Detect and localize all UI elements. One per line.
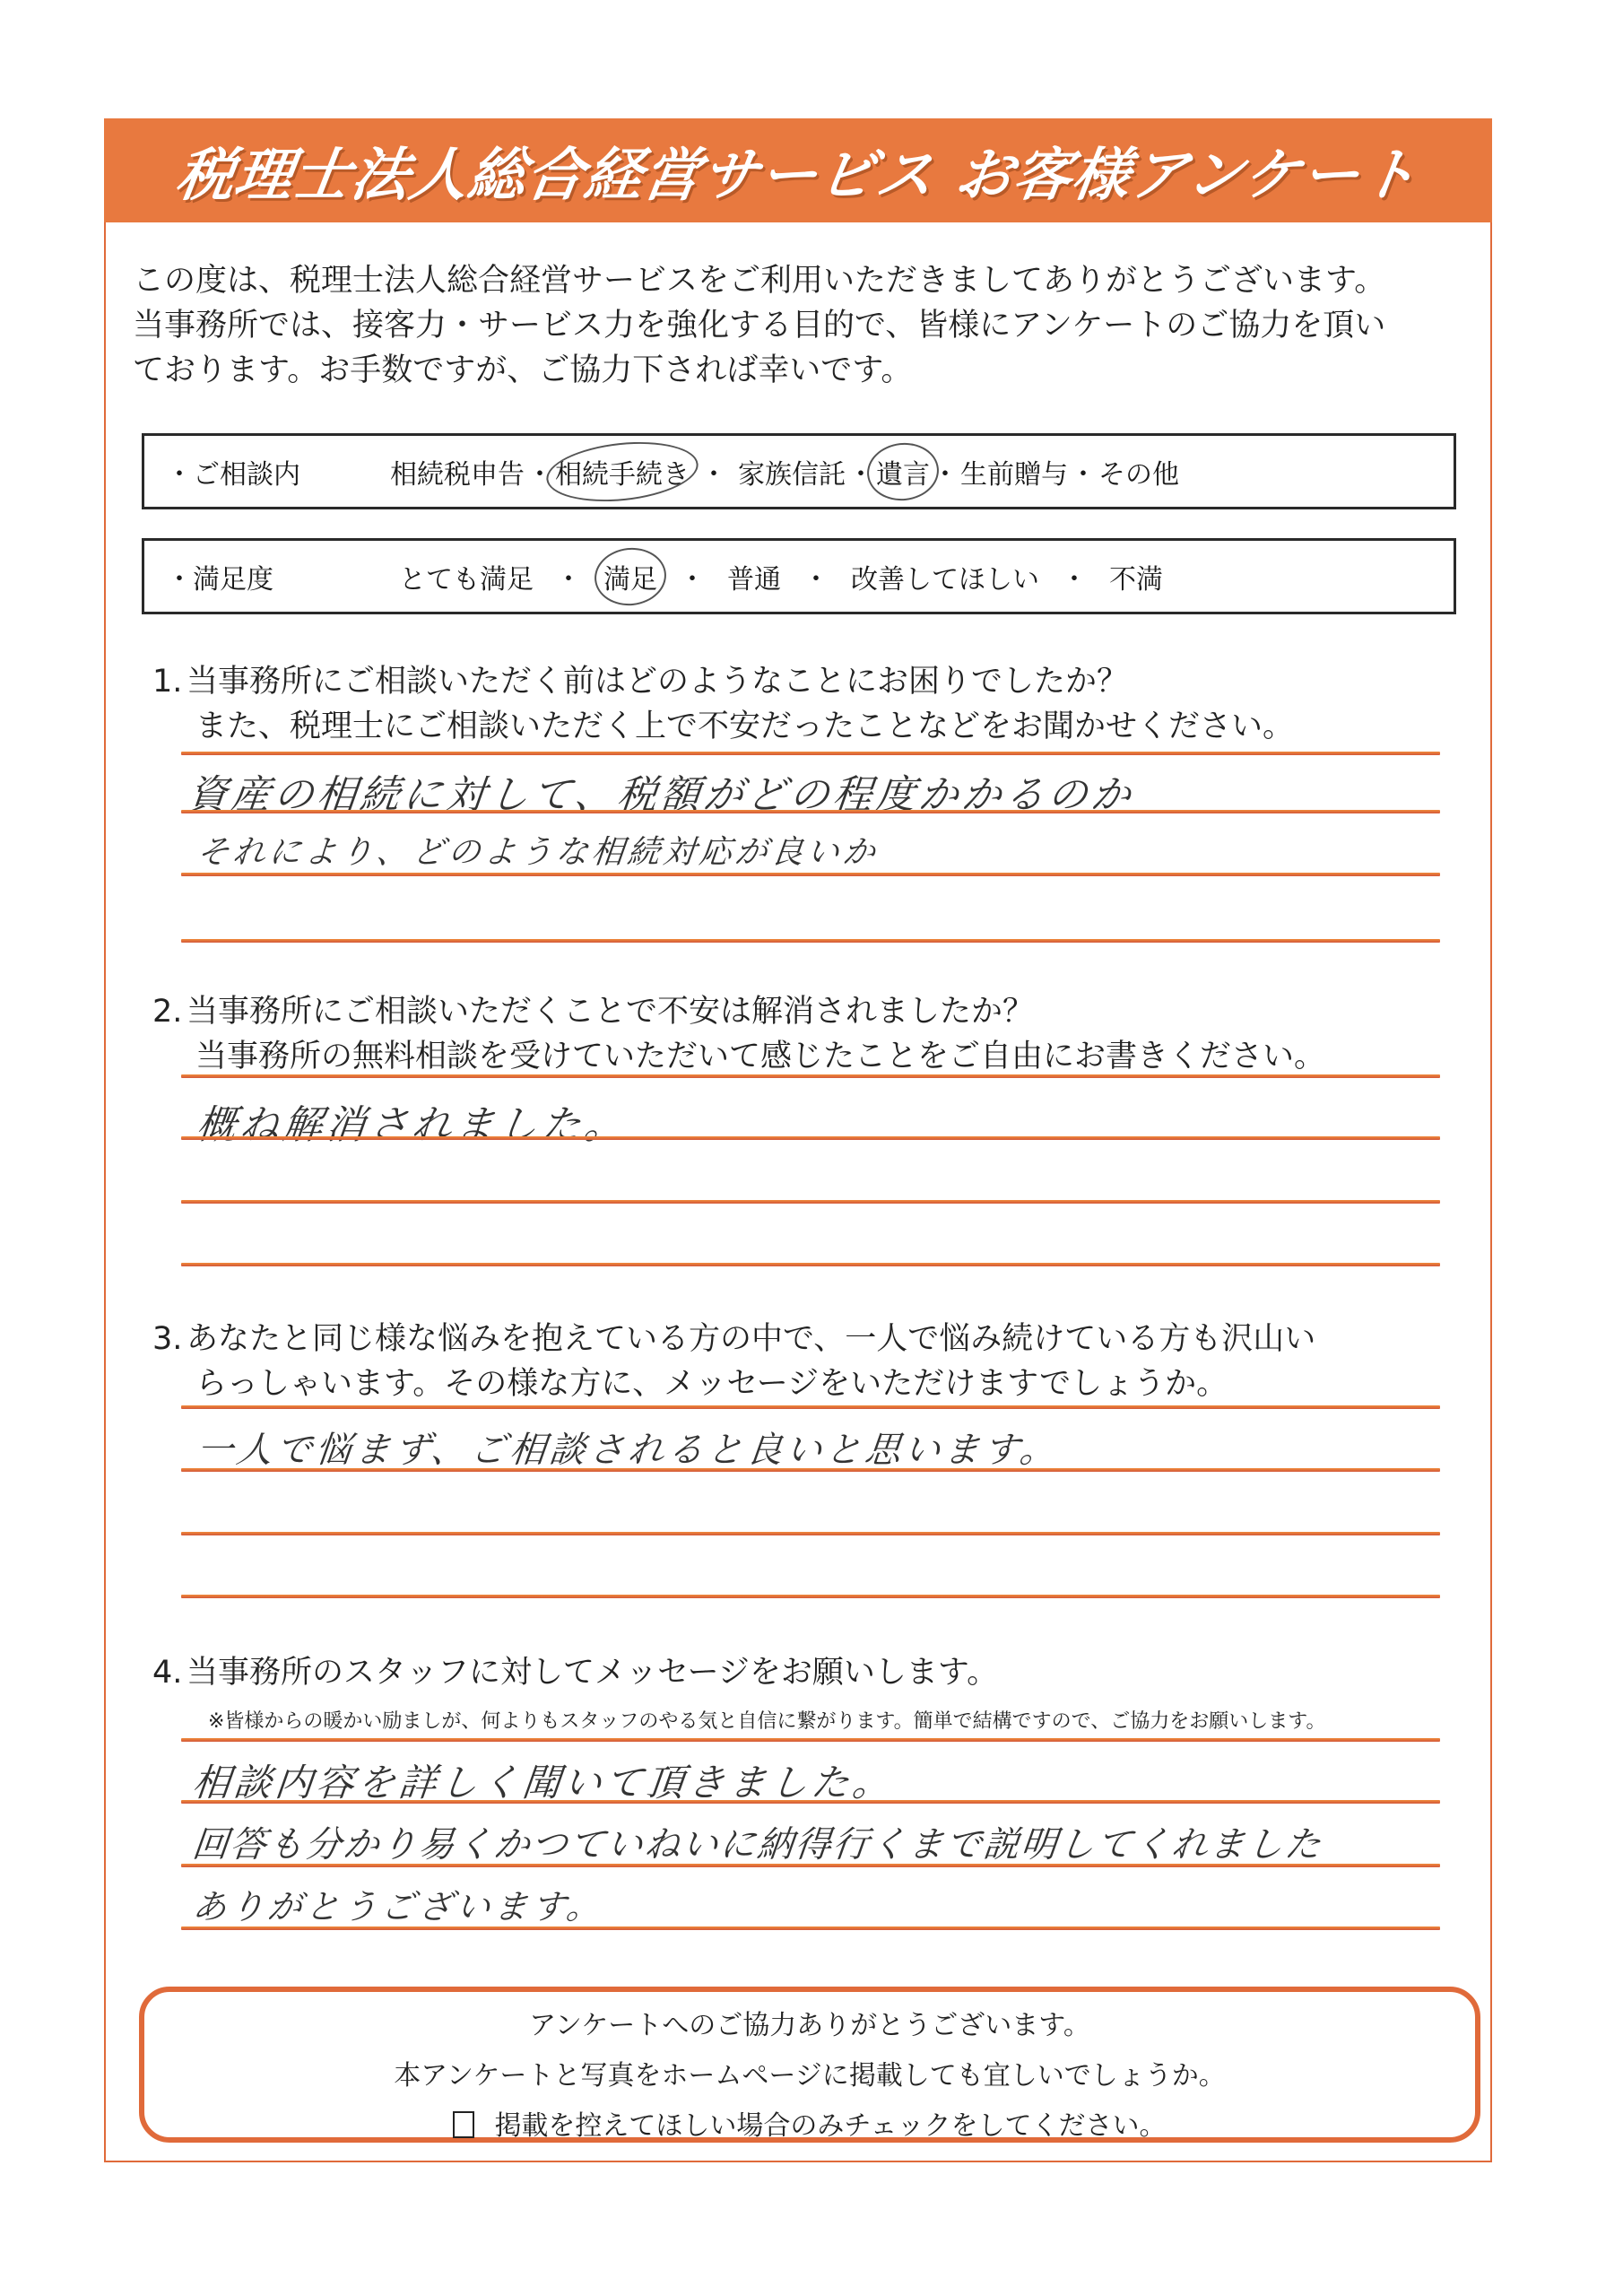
satisfaction-box: ・満足度 とても満足 ・ 満足 ・ 普通 ・ 改善してほしい ・ 不満	[142, 538, 1456, 614]
answer-line	[181, 752, 1440, 755]
option-very-satisfied[interactable]: とても満足	[397, 557, 535, 596]
answer-line	[181, 1595, 1440, 1598]
intro-line: 当事務所では、接客力・サービス力を強化する目的で、皆様にアンケートのご協力を頂い	[133, 303, 1478, 348]
question-text-line2: らっしゃいます。その様な方に、メッセージをいただけますでしょうか。	[152, 1361, 1315, 1406]
answer-line	[181, 1468, 1440, 1472]
answer-line	[181, 1532, 1440, 1535]
question-4: 4.当事務所のスタッフに対してメッセージをお願いします。	[152, 1650, 998, 1695]
option-dissatisfied[interactable]: 不満	[1107, 557, 1165, 596]
question-number: 1.	[152, 659, 187, 704]
satisfaction-options: とても満足 ・ 満足 ・ 普通 ・ 改善してほしい ・ 不満	[397, 557, 1165, 596]
option-satisfied[interactable]: 満足	[602, 557, 659, 596]
opt-out-label: 掲載を控えてほしい場合のみチェックをしてください。	[494, 2110, 1166, 2142]
opt-out-checkbox[interactable]	[453, 2111, 474, 2138]
option-family-trust[interactable]: 家族信託	[736, 452, 847, 491]
answer-text-1-2[interactable]: それにより、どのような相続対応が良いか	[195, 827, 881, 873]
answer-line	[181, 939, 1440, 943]
survey-title: 税理士法人総合経営サービス お客様アンケート	[171, 129, 1424, 212]
answer-text-4-2[interactable]: 回答も分かり易くかつていねいに納得行くまで説明してくれました	[190, 1816, 1325, 1867]
question-number: 2.	[152, 989, 187, 1034]
option-other[interactable]: その他	[1097, 452, 1181, 491]
answer-text-3-1[interactable]: 一人で悩まず、ご相談されると良いと思います。	[195, 1422, 1063, 1473]
question-number: 4.	[152, 1650, 187, 1695]
answer-text-4-1[interactable]: 相談内容を詳しく聞いて頂きました。	[190, 1753, 897, 1807]
answer-line	[181, 810, 1440, 813]
consent-question: 本アンケートと写真をホームページに掲載しても宜しいでしょうか。	[144, 2051, 1475, 2101]
thanks-message: アンケートへのご協力ありがとうございます。	[144, 2001, 1475, 2051]
option-neutral[interactable]: 普通	[725, 557, 783, 596]
answer-line	[181, 1926, 1440, 1930]
question-3: 3.あなたと同じ様な悩みを抱えている方の中で、一人で悩み続けている方も沢山い ら…	[152, 1317, 1315, 1406]
answer-line	[181, 1405, 1440, 1409]
consent-box: アンケートへのご協力ありがとうございます。 本アンケートと写真をホームページに掲…	[139, 1987, 1480, 2143]
answer-line	[181, 1800, 1440, 1804]
separator: ・	[535, 557, 602, 596]
question-text: あなたと同じ様な悩みを抱えている方の中で、一人で悩み続けている方も沢山い	[187, 1321, 1315, 1357]
question-text-line2: また、税理士にご相談いただく上で不安だったことなどをお聞かせください。	[152, 704, 1294, 749]
answer-line	[181, 1864, 1440, 1867]
intro-line: ております。お手数ですが、ご協力下されば幸いです。	[133, 348, 1478, 393]
answer-text-2-1[interactable]: 概ね解消されました。	[195, 1092, 631, 1150]
answer-line	[181, 1738, 1440, 1742]
separator: ・	[1070, 452, 1097, 491]
answer-line	[181, 1136, 1440, 1140]
question-text-line2: 当事務所の無料相談を受けていただいて感じたことをご自由にお書きください。	[152, 1034, 1325, 1079]
header-banner: 税理士法人総合経営サービス お客様アンケート	[104, 118, 1492, 222]
option-lifetime-gift[interactable]: 生前贈与	[959, 452, 1070, 491]
question-number: 3.	[152, 1317, 187, 1361]
separator: ・	[783, 557, 849, 596]
opt-out-row: 掲載を控えてほしい場合のみチェックをしてください。	[144, 2101, 1475, 2152]
option-will[interactable]: 遺言	[874, 452, 932, 491]
answer-text-4-3[interactable]: ありがとうございます。	[190, 1879, 607, 1928]
option-inheritance-tax-return[interactable]: 相続税申告	[388, 452, 526, 491]
separator: ・	[659, 557, 725, 596]
answer-line	[181, 1200, 1440, 1204]
question-4-note: ※皆様からの暖かい励ましが、何よりもスタッフのやる気と自信に繋がります。簡単で結…	[208, 1706, 1325, 1734]
satisfaction-label: ・満足度	[166, 557, 273, 596]
question-text: 当事務所にご相談いただくことで不安は解消されましたか？	[187, 994, 1034, 1030]
question-text: 当事務所のスタッフに対してメッセージをお願いします。	[187, 1655, 998, 1691]
consultation-type-label: ・ご相談内	[166, 452, 300, 491]
question-text: 当事務所にご相談いただく前はどのようなことにお困りでしたか？	[187, 664, 1128, 700]
option-needs-improvement[interactable]: 改善してほしい	[849, 557, 1041, 596]
consultation-type-box: ・ご相談内 相続税申告 ・ 相続手続き ・ 家族信託 ・ 遺言 ・ 生前贈与 ・…	[142, 433, 1456, 509]
intro-text: この度は、税理士法人総合経営サービスをご利用いただきましてありがとうございます。…	[133, 258, 1478, 393]
option-inheritance-procedures[interactable]: 相続手続き	[553, 452, 691, 491]
separator: ・	[691, 452, 736, 491]
answer-line	[181, 1263, 1440, 1266]
separator: ・	[1041, 557, 1107, 596]
question-2: 2.当事務所にご相談いただくことで不安は解消されましたか？ 当事務所の無料相談を…	[152, 989, 1325, 1079]
question-1: 1.当事務所にご相談いただく前はどのようなことにお困りでしたか？ また、税理士に…	[152, 659, 1294, 749]
intro-line: この度は、税理士法人総合経営サービスをご利用いただきましてありがとうございます。	[133, 258, 1478, 303]
answer-line	[181, 1074, 1440, 1078]
answer-line	[181, 873, 1440, 876]
consultation-options: 相続税申告 ・ 相続手続き ・ 家族信託 ・ 遺言 ・ 生前贈与 ・ その他	[388, 452, 1181, 491]
